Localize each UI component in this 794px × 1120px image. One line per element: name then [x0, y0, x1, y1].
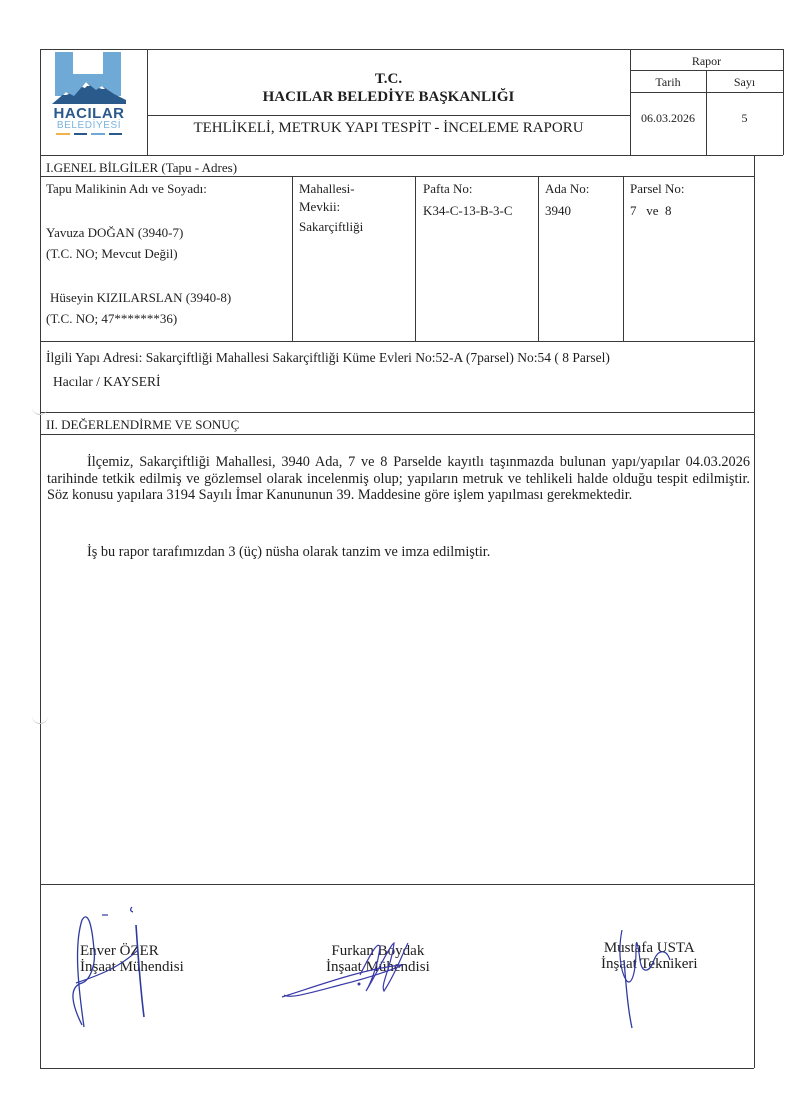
ada-value: 3940 [545, 204, 571, 217]
pafta-value: K34-C-13-B-3-C [423, 204, 513, 217]
punch-hole-top [32, 403, 48, 415]
copies-text: İş bu rapor tarafımızdan 3 (üç) nüsha ol… [87, 544, 490, 560]
logo-text-belediyesi: BELEDİYESİ [52, 120, 126, 131]
owner-2-name: Hüseyin KIZILARSLAN (3940-8) [50, 291, 231, 304]
signature-ink-3 [610, 930, 710, 1030]
evaluation-paragraph: İlçemiz, Sakarçiftliği Mahallesi, 3940 A… [47, 454, 750, 504]
parsel-value: 7 ve 8 [630, 204, 672, 217]
punch-hole-bottom [32, 712, 48, 724]
copies-paragraph: İş bu rapor tarafımızdan 3 (üç) nüsha ol… [47, 544, 750, 561]
col-divider-2 [415, 176, 416, 341]
pafta-label: Pafta No: [423, 182, 472, 195]
owner-2-id: (T.C. NO; 47*******36) [46, 312, 177, 325]
frame-right-upper [754, 155, 755, 1068]
parsel-label: Parsel No: [630, 182, 685, 195]
address-line1: İlgili Yapı Adresi: Sakarçiftliği Mahall… [46, 351, 610, 365]
header-bottom [40, 155, 783, 156]
hacilar-logo: HACILAR BELEDİYESİ [52, 52, 126, 136]
section2-title-line [40, 434, 754, 435]
col-divider-4 [623, 176, 624, 341]
neighborhood-value: Sakarçiftliği [299, 220, 363, 233]
owner-1-name: Yavuza DOĞAN (3940-7) [46, 226, 183, 239]
owner-label: Tapu Malikinin Adı ve Soyadı: [46, 182, 207, 195]
signature-top-line [40, 884, 754, 885]
title-divider [147, 115, 630, 116]
report-date: 06.03.2026 [630, 112, 706, 124]
address-bottom-line [40, 412, 754, 413]
frame-left [40, 49, 41, 1069]
org-line1: T.C. [147, 72, 630, 87]
report-date-label: Tarih [630, 76, 706, 88]
section1-title-line [40, 176, 754, 177]
report-number-label: Sayı [706, 76, 783, 88]
table-bottom-line [40, 341, 754, 342]
ada-label: Ada No: [545, 182, 589, 195]
frame-bottom [40, 1068, 754, 1069]
evaluation-text: İlçemiz, Sakarçiftliği Mahallesi, 3940 A… [47, 454, 750, 503]
report-title: TEHLİKELİ, METRUK YAPI TESPİT - İNCELEME… [147, 121, 630, 136]
col-divider-1 [292, 176, 293, 341]
section1-title: I.GENEL BİLGİLER (Tapu - Adres) [46, 161, 237, 174]
org-line2: HACILAR BELEDİYE BAŞKANLIĞI [147, 90, 630, 105]
address-line2: Hacılar / KAYSERİ [53, 375, 161, 389]
neighborhood-label-1: Mahallesi- [299, 182, 355, 195]
col-divider-3 [538, 176, 539, 341]
logo-color-bars [56, 133, 122, 135]
mountain-icon [52, 78, 126, 104]
report-number: 5 [706, 112, 783, 124]
neighborhood-label-2: Mevkii: [299, 200, 340, 213]
report-box-label: Rapor [630, 55, 783, 67]
report-box-right [783, 49, 784, 155]
signature-ink-2 [280, 935, 430, 1005]
section2-title: II. DEĞERLENDİRME VE SONUÇ [46, 418, 239, 431]
signature-ink-1 [60, 905, 170, 1035]
frame-top [40, 49, 783, 50]
owner-1-id: (T.C. NO; Mevcut Değil) [46, 247, 178, 260]
